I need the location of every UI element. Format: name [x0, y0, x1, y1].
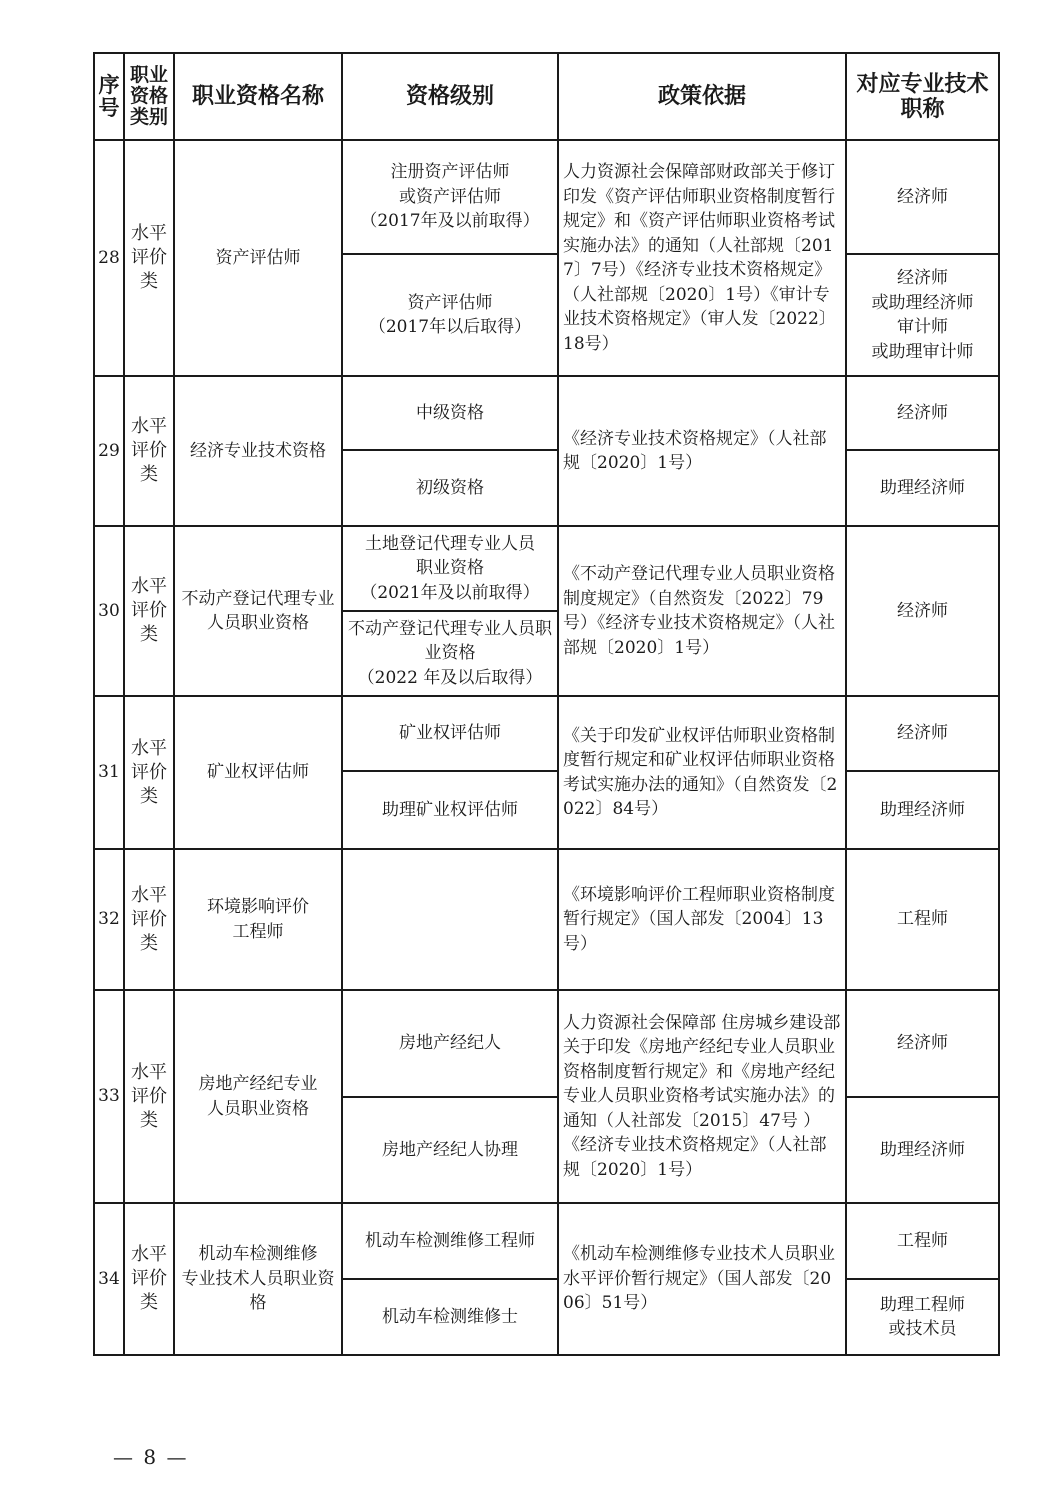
table-header-row: 序号 职业资格类别 职业资格名称 资格级别 政策依据 对应专业技术职称	[94, 53, 999, 140]
row-level: 机动车检测维修士	[342, 1279, 558, 1355]
row-level: 房地产经纪人协理	[342, 1097, 558, 1203]
row-policy: 《不动产登记代理专业人员职业资格制度规定》（自然资发〔2022〕79号）《经济专…	[558, 526, 846, 696]
header-seq: 序号	[94, 53, 124, 140]
row-title: 经济师	[846, 990, 999, 1097]
row-level: 矿业权评估师	[342, 696, 558, 771]
row-category: 水平评价类	[124, 990, 174, 1203]
row-level	[342, 849, 558, 990]
row-title: 经济师	[846, 526, 999, 696]
row-category: 水平评价类	[124, 1203, 174, 1355]
table-row: 31 水平评价类 矿业权评估师 矿业权评估师 《关于印发矿业权评估师职业资格制度…	[94, 696, 999, 771]
row-policy: 《经济专业技术资格规定》（人社部规〔2020〕1号）	[558, 376, 846, 526]
row-seq: 32	[94, 849, 124, 990]
row-level: 不动产登记代理专业人员职业资格 （2022 年及以后取得）	[342, 611, 558, 696]
row-level: 中级资格	[342, 376, 558, 450]
row-level: 初级资格	[342, 450, 558, 526]
row-level: 注册资产评估师 或资产评估师 （2017年及以前取得）	[342, 140, 558, 254]
row-title: 经济师	[846, 376, 999, 450]
row-title: 经济师	[846, 696, 999, 771]
row-category: 水平评价类	[124, 849, 174, 990]
row-title: 经济师	[846, 140, 999, 254]
row-seq: 29	[94, 376, 124, 526]
row-title: 助理工程师 或技术员	[846, 1279, 999, 1355]
row-level: 助理矿业权评估师	[342, 771, 558, 849]
table-row: 30 水平评价类 不动产登记代理专业人员职业资格 土地登记代理专业人员 职业资格…	[94, 526, 999, 611]
row-title: 工程师	[846, 849, 999, 990]
table-row: 29 水平评价类 经济专业技术资格 中级资格 《经济专业技术资格规定》（人社部规…	[94, 376, 999, 450]
table-row: 33 水平评价类 房地产经纪专业 人员职业资格 房地产经纪人 人力资源社会保障部…	[94, 990, 999, 1097]
row-category: 水平评价类	[124, 526, 174, 696]
row-level: 机动车检测维修工程师	[342, 1203, 558, 1279]
row-title: 助理经济师	[846, 771, 999, 849]
row-name: 资产评估师	[174, 140, 342, 376]
row-name: 房地产经纪专业 人员职业资格	[174, 990, 342, 1203]
qualification-table: 序号 职业资格类别 职业资格名称 资格级别 政策依据 对应专业技术职称 28 水…	[93, 52, 1000, 1356]
row-name: 不动产登记代理专业人员职业资格	[174, 526, 342, 696]
row-seq: 34	[94, 1203, 124, 1355]
row-category: 水平评价类	[124, 140, 174, 376]
row-seq: 31	[94, 696, 124, 849]
row-policy: 《关于印发矿业权评估师职业资格制度暂行规定和矿业权评估师职业资格考试实施办法的通…	[558, 696, 846, 849]
row-policy: 人力资源社会保障部财政部关于修订印发《资产评估师职业资格制度暂行规定》和《资产评…	[558, 140, 846, 376]
header-policy: 政策依据	[558, 53, 846, 140]
row-title: 助理经济师	[846, 1097, 999, 1203]
header-level: 资格级别	[342, 53, 558, 140]
row-title: 经济师 或助理经济师 审计师 或助理审计师	[846, 254, 999, 376]
row-title: 助理经济师	[846, 450, 999, 526]
header-category: 职业资格类别	[124, 53, 174, 140]
row-level: 房地产经纪人	[342, 990, 558, 1097]
row-seq: 28	[94, 140, 124, 376]
row-policy: 《机动车检测维修专业技术人员职业水平评价暂行规定》（国人部发〔2006〕51号）	[558, 1203, 846, 1355]
row-seq: 30	[94, 526, 124, 696]
page-number: — 8 —	[113, 1445, 188, 1469]
table-row: 34 水平评价类 机动车检测维修 专业技术人员职业资格 机动车检测维修工程师 《…	[94, 1203, 999, 1279]
row-policy: 人力资源社会保障部 住房城乡建设部关于印发《房地产经纪专业人员职业资格制度暂行规…	[558, 990, 846, 1203]
row-name: 机动车检测维修 专业技术人员职业资格	[174, 1203, 342, 1355]
row-seq: 33	[94, 990, 124, 1203]
row-category: 水平评价类	[124, 696, 174, 849]
row-title: 工程师	[846, 1203, 999, 1279]
header-title: 对应专业技术职称	[846, 53, 999, 140]
row-name: 环境影响评价 工程师	[174, 849, 342, 990]
row-policy: 《环境影响评价工程师职业资格制度暂行规定》（国人部发〔2004〕13号）	[558, 849, 846, 990]
row-level: 土地登记代理专业人员 职业资格 （2021年及以前取得）	[342, 526, 558, 611]
table-row: 32 水平评价类 环境影响评价 工程师 《环境影响评价工程师职业资格制度暂行规定…	[94, 849, 999, 990]
row-level: 资产评估师 （2017年以后取得）	[342, 254, 558, 376]
header-name: 职业资格名称	[174, 53, 342, 140]
row-name: 矿业权评估师	[174, 696, 342, 849]
table-row: 28 水平评价类 资产评估师 注册资产评估师 或资产评估师 （2017年及以前取…	[94, 140, 999, 254]
row-category: 水平评价类	[124, 376, 174, 526]
row-name: 经济专业技术资格	[174, 376, 342, 526]
